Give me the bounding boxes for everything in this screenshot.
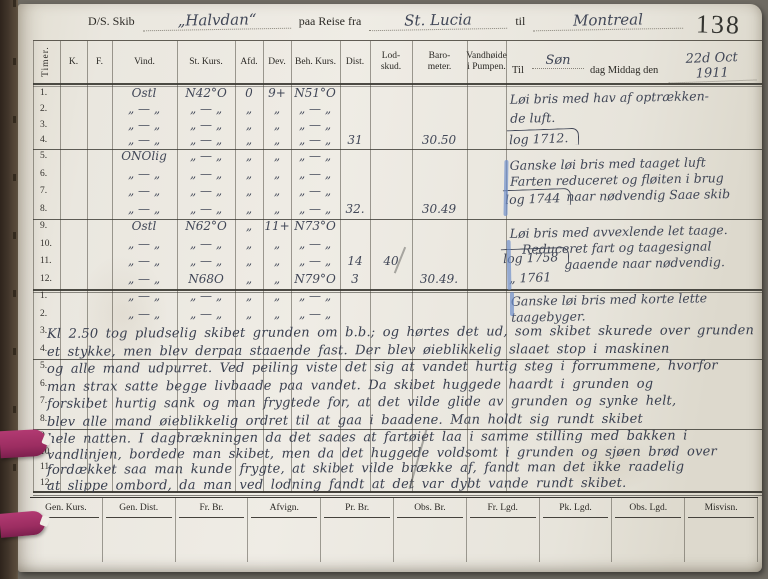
summary-col-label: Pk. Lgd.: [540, 498, 612, 513]
log-table: Til Søn dag Middag den 22d Oct 1911 Løi …: [33, 40, 762, 497]
remark-line: de luft.: [510, 105, 709, 127]
grid-vline: [762, 41, 763, 493]
log-reading: log 1744: [503, 188, 572, 207]
journal-line: at slippe ombord, da man ved lodning fan…: [47, 475, 757, 494]
row-hour: 7.: [40, 186, 60, 196]
col-header-12: Vandhøide i Pumpen.: [467, 41, 506, 83]
row-hour: 2.: [40, 104, 60, 114]
row-hour: 1.: [40, 291, 60, 301]
remark-block-1: Løi bris med hav af optrækken- de luft.: [510, 86, 710, 127]
remark-line: naar nødvendig Saae skib: [566, 186, 730, 205]
logbook-page: D/S. Skib „Halvdan“ paa Reise fra St. Lu…: [18, 4, 762, 572]
col-header-9: Dist.: [340, 41, 370, 83]
summary-col-label: Misvisn.: [685, 498, 757, 513]
summary-col-label: Fr. Lgd.: [467, 498, 539, 513]
remark-line: Ganske løi bris med korte lette: [511, 290, 707, 309]
log-cell-beh: N73°O: [270, 219, 360, 233]
summary-col-label: Fr. Br.: [176, 498, 248, 513]
summary-col-6: Obs. Br.: [394, 498, 467, 562]
col-header-7: Dev.: [263, 41, 291, 83]
col-header-6: Afd.: [235, 41, 263, 83]
log-cell-beh: „ — „: [270, 289, 360, 303]
log-cell-beh: „ — „: [270, 307, 360, 321]
remark-line: gaaende naar nødvendig.: [564, 254, 728, 273]
log-cell-lod: 40: [346, 254, 436, 268]
summary-col-rule: [470, 517, 536, 518]
ship-label: D/S. Skib: [88, 14, 135, 29]
log-cell-baro: 30.50: [394, 133, 484, 147]
row-hour: 2.: [40, 309, 60, 319]
summary-col-4: Afvign.: [248, 498, 321, 562]
logbook-photo: D/S. Skib „Halvdan“ paa Reise fra St. Lu…: [0, 0, 768, 579]
log-reading: „ 1761: [507, 268, 554, 287]
summary-col-rule: [251, 517, 317, 518]
blue-pencil-mark: [507, 240, 512, 290]
summary-col-label: Obs. Br.: [394, 498, 466, 513]
journal-line: og alle mand udpurret. Ved peiling viste…: [47, 358, 757, 377]
summary-col-5: Pr. Br.: [321, 498, 394, 562]
col-header-1: Timer.: [33, 41, 60, 83]
summary-col-rule: [397, 517, 463, 518]
col-header-2: K.: [60, 41, 87, 83]
row-hour: 8.: [40, 204, 60, 214]
row-hour: 6.: [40, 169, 60, 179]
log-cell-beh: „ — „: [270, 167, 360, 181]
summary-col-rule: [615, 517, 681, 518]
summary-col-7: Fr. Lgd.: [467, 498, 540, 562]
summary-col-rule: [106, 517, 172, 518]
page-header: D/S. Skib „Halvdan“ paa Reise fra St. Lu…: [88, 11, 683, 37]
til-date-label: Til: [512, 65, 524, 76]
grid-hline: [33, 495, 762, 496]
summary-col-rule: [179, 517, 245, 518]
log-cell-beh: N51°O: [270, 86, 360, 100]
log-cell-beh: „ — „: [270, 184, 360, 198]
to-port: Montreal: [533, 10, 683, 32]
summary-col-label: Pr. Br.: [321, 498, 393, 513]
journal-line: blev alle mand øieblikkelig ordret til a…: [47, 411, 757, 430]
col-header-3: F.: [87, 41, 112, 83]
summary-table: Gen. Kurs.Gen. Dist.Fr. Br.Afvign.Pr. Br…: [30, 497, 758, 562]
weekday: Søn: [532, 53, 584, 69]
log-cell-beh: „ — „: [270, 118, 360, 132]
log-date: 22d Oct 1911: [667, 49, 756, 83]
remark-line: Løi bris med hav af optrækken-: [510, 86, 709, 108]
log-cell-dist: 31: [310, 133, 400, 147]
log-reading: log 1758: [501, 247, 570, 266]
summary-col-rule: [543, 517, 609, 518]
log-cell-baro: 30.49: [394, 202, 484, 216]
grid-vline: [33, 41, 34, 493]
summary-col-10: Misvisn.: [685, 498, 758, 562]
summary-col-rule: [324, 517, 390, 518]
til-label: til: [515, 14, 525, 29]
summary-col-8: Pk. Lgd.: [540, 498, 613, 562]
summary-col-9: Obs. Lgd.: [612, 498, 685, 562]
summary-col-rule: [688, 517, 754, 518]
log-cell-beh: „ — „: [270, 237, 360, 251]
from-port: St. Lucia: [369, 10, 507, 31]
log-cell-dist: 32.: [310, 202, 400, 216]
journal-line: forskibet hurtig sank og man frygtede fo…: [47, 393, 757, 412]
row-hour: 4.: [40, 135, 60, 145]
journal-line: et stykke, men blev derpaa staaende fast…: [47, 341, 757, 360]
blue-pencil-mark: [510, 292, 514, 316]
middag-label: dag Middag den: [590, 65, 658, 76]
row-hour: 10.: [40, 239, 60, 249]
row-hour: 9.: [40, 221, 60, 231]
row-hour: 1.: [40, 88, 60, 98]
remark-block-4: Ganske løi bris med korte lette taagebyg…: [511, 290, 708, 325]
col-header-11: Baro- meter.: [412, 41, 467, 83]
log-cell-baro: 30.49.: [394, 272, 484, 286]
log-reading: log 1712.: [507, 128, 580, 148]
summary-col-label: Gen. Dist.: [103, 498, 175, 513]
date-line: Til Søn dag Middag den 22d Oct 1911: [506, 51, 760, 83]
ship-name: „Halvdan“: [143, 10, 291, 32]
row-hour: 3.: [40, 120, 60, 130]
journal-line: man strax satte begge livbaade paa vande…: [47, 376, 757, 395]
summary-col-label: Afvign.: [248, 498, 320, 513]
summary-col-3: Fr. Br.: [176, 498, 249, 562]
col-header-10: Lod- skud.: [370, 41, 412, 83]
row-hour: 11.: [40, 256, 60, 266]
row-hour: 12.: [40, 274, 60, 284]
log-cell-beh: „ — „: [270, 149, 360, 163]
col-header-8: Beh. Kurs.: [291, 41, 340, 83]
col-header-5: St. Kurs.: [177, 41, 235, 83]
grid-hline: [33, 83, 762, 85]
journal-line: Kl 2.50 tog pludselig skibet grunden om …: [47, 323, 757, 342]
summary-col-label: Obs. Lgd.: [612, 498, 684, 513]
binding-ribbon: [0, 429, 48, 458]
log-cell-dist: 3: [310, 272, 400, 286]
reise-label: paa Reise fra: [299, 14, 362, 29]
summary-col-2: Gen. Dist.: [103, 498, 176, 562]
summary-col-label: Gen. Kurs.: [30, 498, 102, 513]
page-number: 138: [696, 9, 742, 40]
log-cell-beh: „ — „: [270, 102, 360, 116]
book-spine: [0, 0, 18, 579]
row-hour: 5.: [40, 151, 60, 161]
col-header-4: Vind.: [112, 41, 177, 83]
